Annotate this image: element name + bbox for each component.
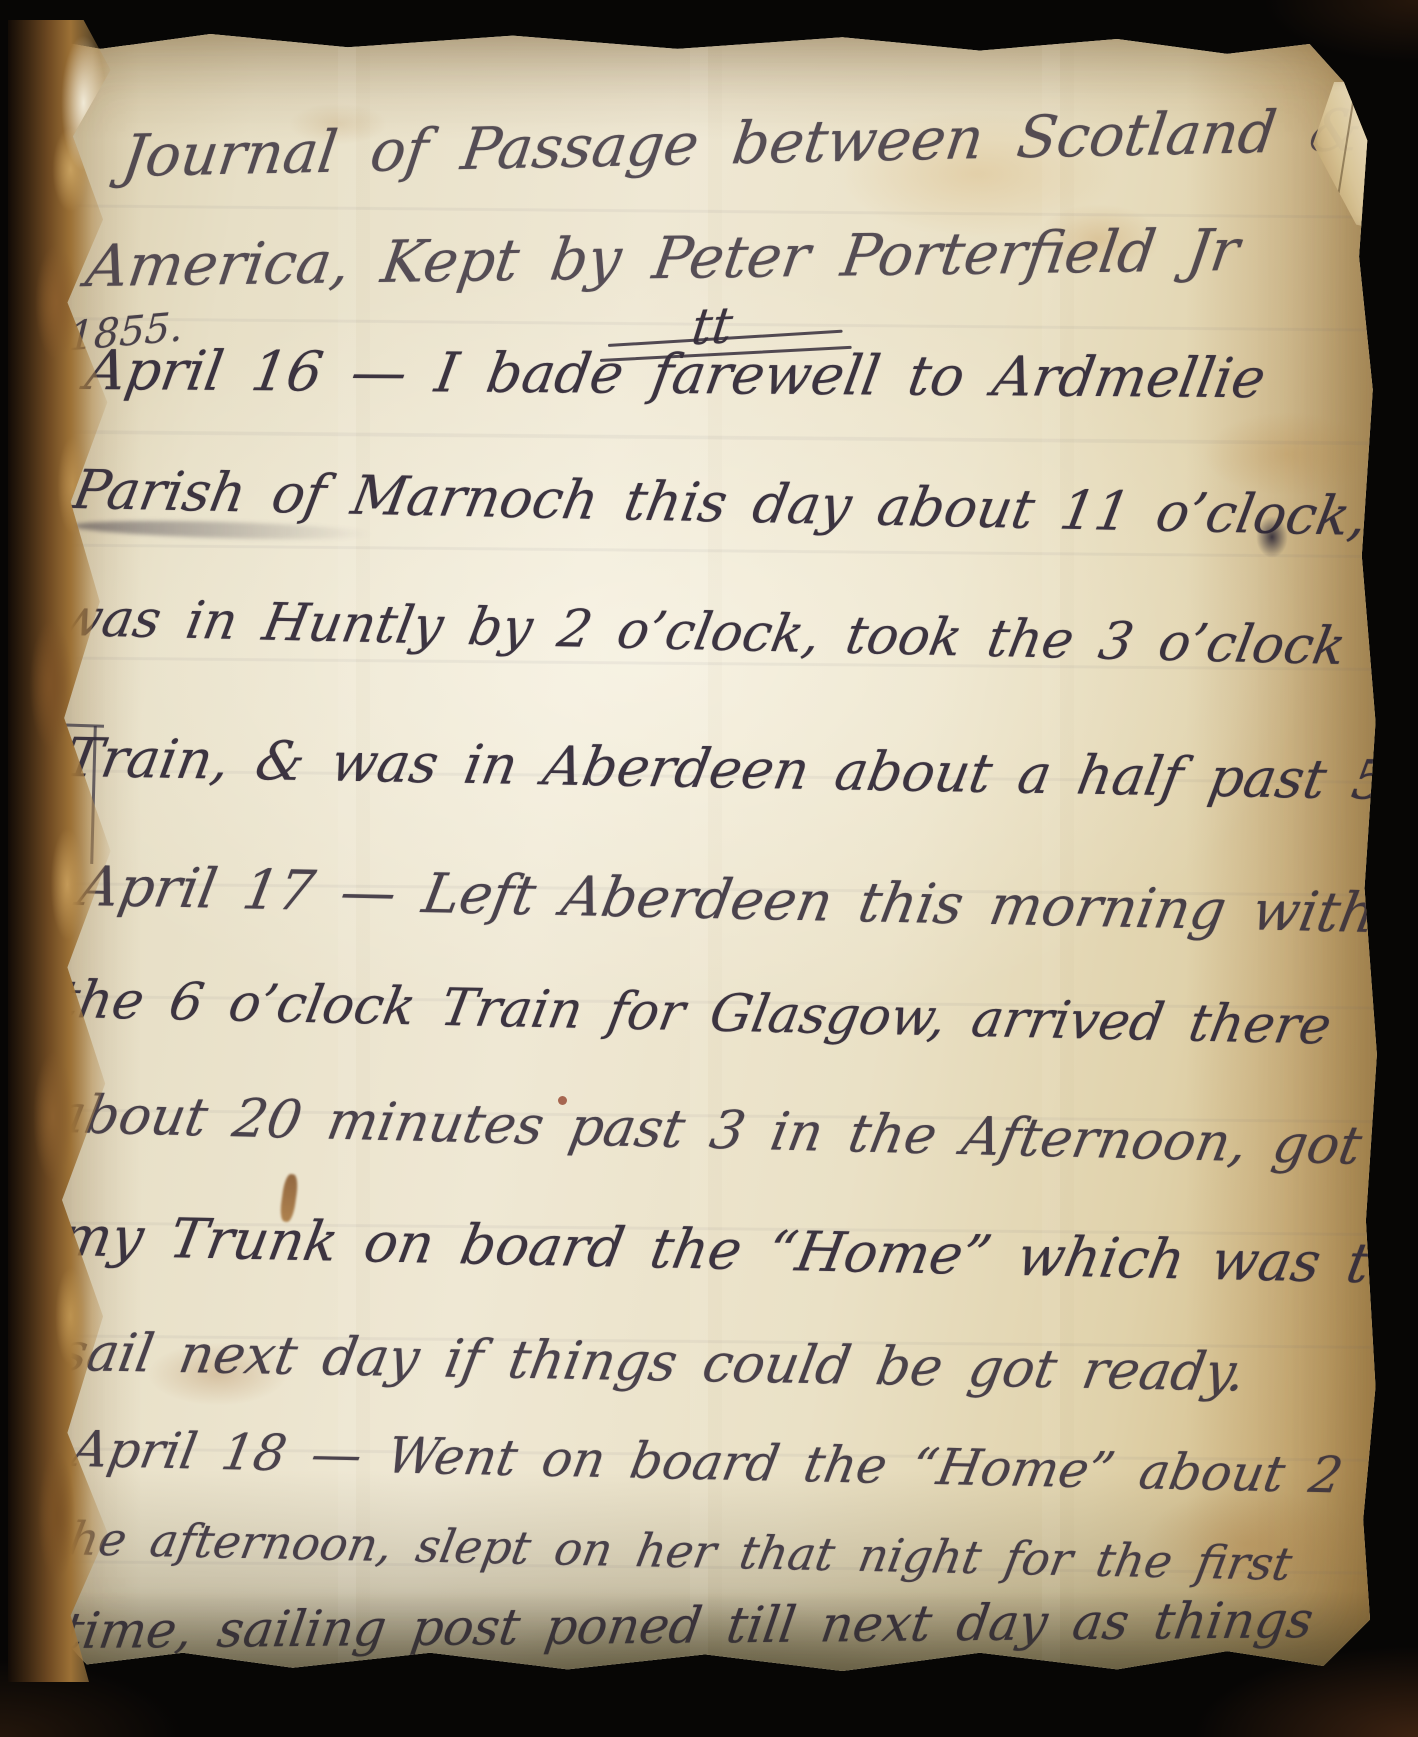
journal-line-11: sail next day if things could be got rea… (54, 1320, 1250, 1407)
journal-line-14: time, sailing post poned till next day a… (59, 1589, 1318, 1662)
photo-frame: Journal of Passage between Scotland & Am… (0, 0, 1418, 1737)
journal-line-10: my Trunk on board the “Home” which was t… (54, 1202, 1392, 1299)
journal-line-13: the afternoon, slept on her that night f… (46, 1510, 1297, 1593)
journal-page: Journal of Passage between Scotland & Am… (18, 24, 1392, 1686)
journal-line-9: about 20 minutes past 3 in the Afternoon… (48, 1082, 1367, 1180)
journal-line-2: America, Kept by Peter Porterfield Jr (82, 214, 1244, 303)
journal-line-3: April 16 — I bade farewell to Ardmellie (81, 336, 1271, 413)
journal-line-7: April 17 — Left Aberdeen this morning wi… (74, 852, 1382, 948)
journal-line-5: was in Huntly by 2 o’clock, took the 3 o… (52, 586, 1350, 680)
journal-line-6: Train, & was in Aberdeen about a half pa… (60, 724, 1392, 814)
rust-spot (558, 1096, 567, 1105)
journal-line-12: April 18 — Went on board the “Home” abou… (67, 1418, 1392, 1508)
journal-line-8: the 6 o’clock Train for Glasgow, arrived… (52, 968, 1336, 1059)
journal-line-1: Journal of Passage between Scotland & (118, 94, 1367, 193)
ink-blot (1256, 516, 1288, 558)
